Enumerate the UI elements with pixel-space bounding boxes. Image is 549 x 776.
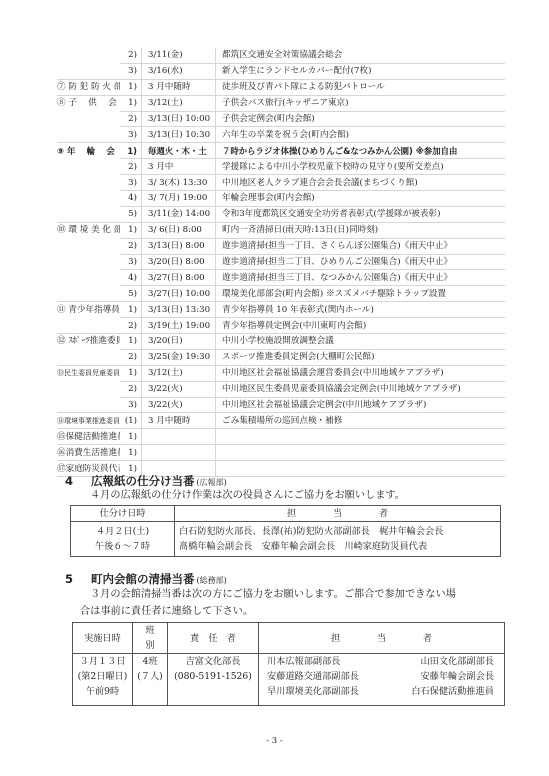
header-date: 仕分け日時 xyxy=(71,506,175,522)
person: 早川環境美化部副部長 xyxy=(267,684,359,699)
item-number: 3) xyxy=(120,175,142,191)
item-number: 1) xyxy=(120,334,142,350)
schedule-row: ⑭環境事業推進委員(1)3 月中随時ごみ集積場所の巡回点検・補修 xyxy=(57,413,505,429)
organization-label xyxy=(57,349,120,365)
schedule-row: 2)3/11(金)都筑区交通安全対策協議会総会 xyxy=(57,48,505,63)
schedule-row: 2)3 月中学援隊による中川小学校児童下校時の見守り(要所交差点) xyxy=(57,159,505,175)
item-number: 2) xyxy=(120,48,142,63)
item-number: 2) xyxy=(120,238,142,254)
sorting-date-cell: ４月２日(土) 午後６～７時 xyxy=(71,522,175,557)
event-description: 町内一斉清掃日(雨天時:13日(日)同時刻) xyxy=(216,222,506,238)
organization-label xyxy=(57,63,120,79)
schedule-row: 5)3/11(金) 14:00令和3年度都筑区交通安全功労者表彰式(学援隊が被表… xyxy=(57,206,505,222)
event-description: 新入学生にランドセルカバー配付(7枚) xyxy=(216,63,506,79)
event-description: 中川地区民生委員児童委員協議会定例会(中川地域ケアプラザ) xyxy=(216,381,506,397)
event-date: 3/ 7(月) 19:00 xyxy=(142,191,216,207)
event-description: 年輪会理事会(町内会館) xyxy=(216,191,506,207)
cleaning-persons-cell: 川本広報部副部長山田文化部副部長 安藤道路交通部副部長安藤年輪会副会長 早川環境… xyxy=(259,654,505,706)
schedule-row: ⑧ 子 供 会1)3/12(土)子供会バス旅行(キッザニア東京) xyxy=(57,95,505,111)
person: 川本広報部副部長 xyxy=(267,654,341,669)
organization-label: ⑧ 子 供 会 xyxy=(57,95,120,111)
organization-label: ⑩ 環 境 美 化 部 xyxy=(57,222,120,238)
group-size: (７人) xyxy=(137,669,163,684)
schedule-row: ⑪ 青少年指導員1)3/13(日) 13:30青少年指導員 10 年表彰式(関内… xyxy=(57,302,505,318)
organization-label: ⑬民生委員児童委員 xyxy=(57,365,120,381)
header-persons: 担 当 者 xyxy=(175,506,501,522)
page-number: - 3 - xyxy=(0,736,549,746)
event-date: 3/ 3(木) 13:30 xyxy=(142,175,216,191)
event-description: 中川地区老人クラブ連合会会長会議(まちづくり館) xyxy=(216,175,506,191)
event-date: 3/25(金) 19:30 xyxy=(142,349,216,365)
sorting-duty-table: 仕分け日時 担 当 者 ４月２日(土) 午後６～７時 白石防犯防火部長、長澤(祐… xyxy=(70,505,501,557)
header-group: 班 別 xyxy=(133,623,168,654)
event-date xyxy=(142,429,216,445)
person: 白石保健活動推進員 xyxy=(411,684,494,699)
organization-label: ⑭環境事業推進委員 xyxy=(57,413,120,429)
event-date: 3/13(日) 13:30 xyxy=(142,302,216,318)
event-description xyxy=(216,429,506,445)
event-description: 青少年指導員定例会(中川東町内会館) xyxy=(216,318,506,334)
organization-label xyxy=(57,206,120,222)
event-description: 中川小学校施設開放調整会議 xyxy=(216,334,506,350)
schedule-row: 3)3/ 3(木) 13:30中川地区老人クラブ連合会会長会議(まちづくり館) xyxy=(57,175,505,191)
leader-phone: (080-5191-1526) xyxy=(172,669,254,684)
persons-line: 早川環境美化部副部長白石保健活動推進員 xyxy=(267,684,494,699)
intro-line: 合は事前に責任者に連絡して下さい。 xyxy=(80,603,456,620)
section-title: 広報紙の仕分け当番 xyxy=(91,474,195,488)
group-name: 4班 xyxy=(137,654,163,669)
schedule-row: ⑩ 環 境 美 化 部1)3/ 6(日) 8:00町内一斉清掃日(雨天時:13日… xyxy=(57,222,505,238)
event-date: 3/13(日) 10:30 xyxy=(142,127,216,143)
item-number: 1) xyxy=(120,365,142,381)
item-number: (1) xyxy=(120,413,142,429)
group-cell: 4班 (７人) xyxy=(133,654,168,706)
event-description: 都筑区交通安全対策協議会総会 xyxy=(216,48,506,63)
schedule-row: 4)3/ 7(月) 19:00年輪会理事会(町内会館) xyxy=(57,191,505,207)
event-description xyxy=(216,461,506,477)
item-number: 1) xyxy=(120,302,142,318)
item-number: 1) xyxy=(120,143,142,159)
event-description: 徒歩班及び青パト隊による防犯パトロール xyxy=(216,79,506,95)
schedule-row: ⑬民生委員児童委員1)3/12(土)中川地区社会福祉協議会運営委員会(中川地域ケ… xyxy=(57,365,505,381)
sorting-persons-cell: 白石防犯防火部長、長澤(祐)防犯防火部副部長 梶井年輪会会長 髙橋年輪会副会長 … xyxy=(175,522,501,557)
section-5-intro: ３月の会館清掃当番は次の方にご協力をお願いします。ご都合で参加できない場 合は事… xyxy=(80,586,456,620)
event-date: 3/13(日) 8:00 xyxy=(142,238,216,254)
organization-label xyxy=(57,48,120,63)
organization-label: ⑦ 防 犯 防 火 部 xyxy=(57,79,120,95)
item-number: 4) xyxy=(120,191,142,207)
sorting-date: ４月２日(土) xyxy=(75,524,170,539)
schedule-row: 2)3/13(日) 10:00子供会定例会(町内会館) xyxy=(57,111,505,127)
schedule-row: 2)3/19(土) 19:00青少年指導員定例会(中川東町内会館) xyxy=(57,318,505,334)
section-title: 町内会館の清掃当番 xyxy=(91,572,195,586)
item-number: 5) xyxy=(120,206,142,222)
schedule-row: 5)3/27(日) 10:00環境美化部部会(町内会館) ※スズメバチ駆除トラッ… xyxy=(57,286,505,302)
event-description: 子供会定例会(町内会館) xyxy=(216,111,506,127)
event-description: 遊歩道清掃(担当二丁目、ひめりんご公園集合)《雨天中止》 xyxy=(216,254,506,270)
item-number: 3) xyxy=(120,397,142,413)
schedule-row: 3)3/22(火)中川地区社会福祉協議会定例会(中川地域ケアプラザ) xyxy=(57,397,505,413)
item-number: 2) xyxy=(120,349,142,365)
section-dept: (総務部) xyxy=(197,576,227,585)
event-date: 3 月中 xyxy=(142,159,216,175)
persons-line: 川本広報部副部長山田文化部副部長 xyxy=(267,654,494,669)
item-number: 1) xyxy=(120,222,142,238)
event-description: 六年生の卒業を祝う会(町内会館) xyxy=(216,127,506,143)
schedule-row: ⑨ 年 輪 会1)毎週火・木・土７時からラジオ体操(ひめりんご&なつみかん公園)… xyxy=(57,143,505,159)
header-persons: 担 当 者 xyxy=(259,623,505,654)
organization-label xyxy=(57,270,120,286)
event-description: ごみ集積場所の巡回点検・補修 xyxy=(216,413,506,429)
cleaning-duty-table: 実施日時 班 別 責 任 者 担 当 者 ３月１３日 (第2日曜日) 午前9時 … xyxy=(72,622,505,706)
organization-label xyxy=(57,111,120,127)
event-description: スポーツ推進委員定例会(大棚町公民館) xyxy=(216,349,506,365)
item-number: 3) xyxy=(120,127,142,143)
organization-label xyxy=(57,127,120,143)
event-date: 3/22(火) xyxy=(142,397,216,413)
person: 山田文化部副部長 xyxy=(421,654,495,669)
cleaning-week: (第2日曜日) xyxy=(77,669,128,684)
organization-label xyxy=(57,159,120,175)
schedule-row: 2)3/22(火)中川地区民生委員児童委員協議会定例会(中川地域ケアプラザ) xyxy=(57,381,505,397)
event-description: 中川地区社会福祉協議会定例会(中川地域ケアプラザ) xyxy=(216,397,506,413)
event-description: 中川地区社会福祉協議会運営委員会(中川地域ケアプラザ) xyxy=(216,365,506,381)
section-number: 5 xyxy=(65,572,91,586)
intro-line: ３月の会館清掃当番は次の方にご協力をお願いします。ご都合で参加できない場 xyxy=(80,586,456,603)
person: 安藤道路交通部副部長 xyxy=(267,669,359,684)
organization-label: ⑫ ｽﾎﾟｰﾂ推進委員 xyxy=(57,334,120,350)
item-number: 2) xyxy=(120,318,142,334)
event-date: 毎週火・木・土 xyxy=(142,143,216,159)
organization-label: ⑨ 年 輪 会 xyxy=(57,143,120,159)
organization-label xyxy=(57,286,120,302)
persons-line: 髙橋年輪会副会長 安藤年輪会副会長 川崎家庭防災員代表 xyxy=(179,539,496,554)
organization-label xyxy=(57,238,120,254)
organization-label xyxy=(57,254,120,270)
event-date: 3/22(火) xyxy=(142,381,216,397)
event-date xyxy=(142,445,216,461)
schedule-row: 3)3/20(日) 8:00遊歩道清掃(担当二丁目、ひめりんご公園集合)《雨天中… xyxy=(57,254,505,270)
organization-label: ⑪ 青少年指導員 xyxy=(57,302,120,318)
schedule-row: 2)3/13(日) 8:00遊歩道清掃(担当一丁目、さくらんぼ公園集合)《雨天中… xyxy=(57,238,505,254)
schedule-row: 4)3/27(日) 8:00遊歩道清掃(担当三丁目、なつみかん公園集合)《雨天中… xyxy=(57,270,505,286)
event-date: 3/11(金) 14:00 xyxy=(142,206,216,222)
event-date: 3/27(日) 8:00 xyxy=(142,270,216,286)
schedule-row: ⑦ 防 犯 防 火 部1)3 月中随時徒歩班及び青パト隊による防犯パトロール xyxy=(57,79,505,95)
organization-label xyxy=(57,318,120,334)
event-date: 3/13(日) 10:00 xyxy=(142,111,216,127)
event-date: 3/11(金) xyxy=(142,48,216,63)
cleaning-date-cell: ３月１３日 (第2日曜日) 午前9時 xyxy=(73,654,133,706)
organization-label xyxy=(57,397,120,413)
schedule-row: ⑫ ｽﾎﾟｰﾂ推進委員1)3/20(日)中川小学校施設開放調整会議 xyxy=(57,334,505,350)
event-date: 3/16(水) xyxy=(142,63,216,79)
item-number: 3) xyxy=(120,63,142,79)
schedule-row: 3)3/16(水)新入学生にランドセルカバー配付(7枚) xyxy=(57,63,505,79)
schedule-row: ⑯消費生活推進員1) xyxy=(57,445,505,461)
item-number: 2) xyxy=(120,159,142,175)
schedule-row: 3)3/13(日) 10:30六年生の卒業を祝う会(町内会館) xyxy=(57,127,505,143)
organization-label: ⑮保健活動推進員 xyxy=(57,429,120,445)
event-date: 3/20(日) 8:00 xyxy=(142,254,216,270)
event-date: 3 月中随時 xyxy=(142,413,216,429)
event-description: 子供会バス旅行(キッザニア東京) xyxy=(216,95,506,111)
cleaning-time: 午前9時 xyxy=(77,684,128,699)
item-number: 2) xyxy=(120,111,142,127)
schedule-row: ⑮保健活動推進員1) xyxy=(57,429,505,445)
person: 安藤年輪会副会長 xyxy=(421,669,495,684)
event-date: 3/19(土) 19:00 xyxy=(142,318,216,334)
item-number: 5) xyxy=(120,286,142,302)
organization-label: ⑯消費生活推進員 xyxy=(57,445,120,461)
section-4-intro: ４月の広報紙の仕分け作業は次の役員さんにご協力をお願いします。 xyxy=(90,487,405,504)
section-number: 4 xyxy=(65,474,91,488)
event-description: 令和3年度都筑区交通安全功労者表彰式(学援隊が被表彰) xyxy=(216,206,506,222)
item-number: 1) xyxy=(120,429,142,445)
header-date: 実施日時 xyxy=(73,623,133,654)
persons-line: 白石防犯防火部長、長澤(祐)防犯防火部副部長 梶井年輪会会長 xyxy=(179,524,496,539)
leader-name: 吉富文化部長 xyxy=(172,654,254,669)
item-number: 3) xyxy=(120,254,142,270)
schedule-row: 2)3/25(金) 19:30スポーツ推進委員定例会(大棚町公民館) xyxy=(57,349,505,365)
monthly-schedule-table: 2)3/11(金)都筑区交通安全対策協議会総会3)3/16(水)新入学生にランド… xyxy=(57,48,505,477)
header-leader: 責 任 者 xyxy=(168,623,259,654)
item-number: 1) xyxy=(120,445,142,461)
event-description: 環境美化部部会(町内会館) ※スズメバチ駆除トラップ設置 xyxy=(216,286,506,302)
organization-label xyxy=(57,381,120,397)
event-date: 3/ 6(日) 8:00 xyxy=(142,222,216,238)
item-number: 2) xyxy=(120,381,142,397)
event-date: 3/27(日) 10:00 xyxy=(142,286,216,302)
cleaning-date: ３月１３日 xyxy=(77,654,128,669)
leader-cell: 吉富文化部長 (080-5191-1526) xyxy=(168,654,259,706)
event-date: 3/12(土) xyxy=(142,365,216,381)
event-description: 遊歩道清掃(担当三丁目、なつみかん公園集合)《雨天中止》 xyxy=(216,270,506,286)
event-date: 3/20(日) xyxy=(142,334,216,350)
section-5-heading: 5町内会館の清掃当番(総務部) xyxy=(65,571,227,587)
event-description: ７時からラジオ体操(ひめりんご&なつみかん公園) ※参加自由 xyxy=(216,143,506,159)
event-date: 3/12(土) xyxy=(142,95,216,111)
item-number: 4) xyxy=(120,270,142,286)
event-description xyxy=(216,445,506,461)
event-date: 3 月中随時 xyxy=(142,79,216,95)
organization-label xyxy=(57,175,120,191)
item-number: 1) xyxy=(120,79,142,95)
section-dept: (広報部) xyxy=(197,478,227,487)
event-description: 学援隊による中川小学校児童下校時の見守り(要所交差点) xyxy=(216,159,506,175)
item-number: 1) xyxy=(120,95,142,111)
sorting-time: 午後６～７時 xyxy=(75,539,170,554)
organization-label xyxy=(57,191,120,207)
event-description: 青少年指導員 10 年表彰式(関内ホール) xyxy=(216,302,506,318)
persons-line: 安藤道路交通部副部長安藤年輪会副会長 xyxy=(267,669,494,684)
event-description: 遊歩道清掃(担当一丁目、さくらんぼ公園集合)《雨天中止》 xyxy=(216,238,506,254)
